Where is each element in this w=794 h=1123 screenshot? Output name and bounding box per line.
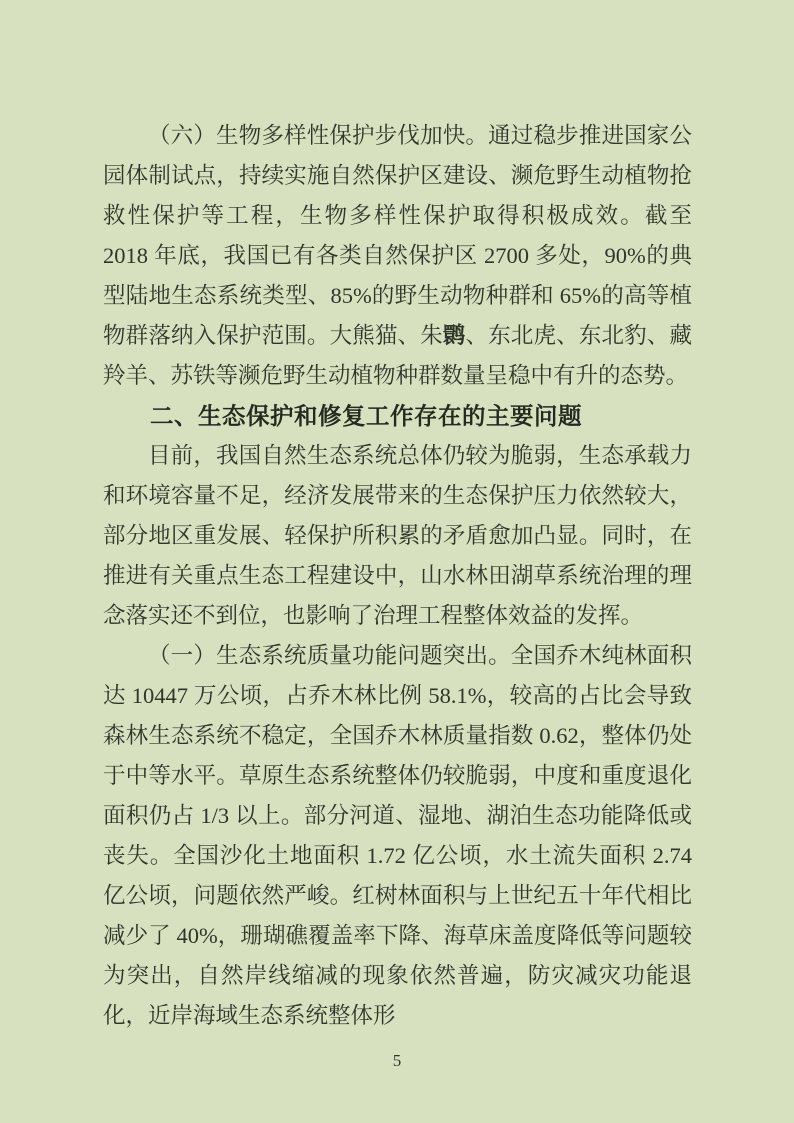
paragraph-ecosystem-quality: （一）生态系统质量功能问题突出。全国乔木纯林面积达 10447 万公顷，占乔木林… <box>103 636 692 1036</box>
document-content: （六）生物多样性保护步伐加快。通过稳步推进国家公园体制试点，持续实施自然保护区建… <box>103 116 692 1036</box>
bold-substituted-character: 鹮 <box>443 323 466 349</box>
page-number: 5 <box>0 1049 794 1073</box>
paragraph-biodiversity: （六）生物多样性保护步伐加快。通过稳步推进国家公园体制试点，持续实施自然保护区建… <box>103 116 692 396</box>
paragraph-text: （六）生物多样性保护步伐加快。通过稳步推进国家公园体制试点，持续实施自然保护区建… <box>103 123 692 348</box>
document-page: （六）生物多样性保护步伐加快。通过稳步推进国家公园体制试点，持续实施自然保护区建… <box>0 0 794 1123</box>
section-heading: 二、生态保护和修复工作存在的主要问题 <box>103 396 692 436</box>
paragraph-current-status: 目前，我国自然生态系统总体仍较为脆弱，生态承载力和环境容量不足，经济发展带来的生… <box>103 436 692 636</box>
